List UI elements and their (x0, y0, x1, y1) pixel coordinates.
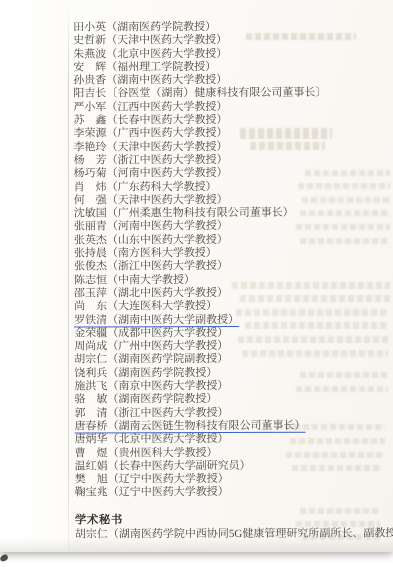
member-entry: 苏 鑫（长春中医药大学教授） (73, 114, 227, 127)
underlined-member-entry: 唐春桥（湖南云医链生物科技有限公司董事长） (74, 420, 305, 434)
list-item: 沈敏国（广州柔惠生物科技有限公司董事长） (74, 207, 374, 221)
member-name: 温红娟 (75, 460, 108, 472)
member-name: 杨巧菊 (74, 168, 107, 180)
member-name: 朱燕波 (73, 48, 106, 60)
member-entry: 张英杰（山东中医药大学教授） (74, 234, 228, 247)
member-entry: 李艳玲（天津中医药大学教授） (74, 141, 228, 154)
member-affiliation: （湖南中医药大学副教授） (107, 313, 239, 325)
list-item: 严小军（江西中医药大学教授） (73, 100, 373, 114)
member-entry: 朱燕波（北京中医药大学教授） (73, 48, 227, 61)
member-name: 曹 煜 (75, 447, 108, 459)
list-item: 苏 鑫（长春中医药大学教授） (73, 114, 373, 128)
member-name: 胡宗仁 (74, 354, 107, 366)
member-name: 骆 敏 (74, 394, 107, 406)
member-affiliation: （湖南云医链生物科技有限公司董事长） (107, 420, 305, 433)
member-entry: 杨 芳（浙江中医药大学教授） (74, 154, 228, 167)
member-affiliation: （南方医科大学教授） (107, 247, 217, 259)
member-affiliation: （湖南医药学院教授） (107, 367, 217, 379)
section-heading: 学术秘书 (75, 512, 375, 527)
list-item: 饶利兵（湖南医药学院教授） (74, 366, 374, 380)
member-entry: 张俊杰（浙江中医药大学教授） (74, 260, 228, 273)
member-entry: 何 强（天津中医药大学教授） (74, 194, 228, 207)
member-entry: 周尚成（广州中医药大学教授） (74, 340, 228, 353)
list-item: 尚 东（大连医科大学教授） (74, 300, 374, 314)
member-entry: 郭 清（浙江中医药大学教授） (74, 407, 228, 420)
member-entry: 张持晨（南方医科大学教授） (74, 247, 217, 259)
list-item: 李荣源（广西中医药大学教授） (73, 127, 373, 141)
member-entry: 张丽青（河南中医药大学教授） (74, 220, 228, 233)
member-entry: 严小军（江西中医药大学教授） (73, 101, 227, 114)
member-name: 田小英 (73, 21, 106, 33)
member-entry: 田小英（湖南医药学院教授） (73, 21, 216, 33)
member-entry: 施洪飞（南京中医药大学教授） (74, 380, 228, 393)
member-name: 肖 炜 (74, 181, 107, 193)
member-name: 史哲新 (73, 35, 106, 47)
member-affiliation: （湖北中医药大学教授） (107, 287, 228, 299)
member-name: 周尚成 (74, 341, 107, 353)
list-item: 罗铁清（湖南中医药大学副教授） (74, 313, 374, 327)
list-item: 曹 煜（贵州医科大学教授） (75, 446, 375, 460)
member-affiliation: 〔谷医堂（湖南）健康科技有限公司董事长〕 (106, 87, 326, 100)
member-entry: 杨巧菊（河南中医药大学教授） (74, 167, 228, 180)
list-item: 张俊杰（浙江中医药大学教授） (74, 260, 374, 274)
member-name: 樊 旭 (75, 474, 108, 486)
member-entry: 曹 煜（贵州医科大学教授） (75, 447, 218, 459)
member-entry: 温红娟（长春中医药大学副研究员） (75, 460, 251, 473)
list-item: 骆 敏（湖南医药学院教授） (74, 393, 374, 407)
member-name: 唐春桥 (74, 420, 107, 432)
committee-member-list: 田小英（湖南医药学院教授）史哲新（天津中医药大学教授）朱燕波（北京中医药大学教授… (73, 20, 375, 500)
member-affiliation: （中南大学教授） (107, 274, 195, 286)
member-affiliation: （湖南医药学院副教授） (107, 353, 228, 365)
page-content: 田小英（湖南医药学院教授）史哲新（天津中医药大学教授）朱燕波（北京中医药大学教授… (73, 20, 375, 541)
list-item: 何 强（天津中医药大学教授） (74, 193, 374, 207)
list-item: 杨巧菊（河南中医药大学教授） (74, 167, 374, 181)
member-name: 饶利兵 (74, 367, 107, 379)
underlined-member-entry: 罗铁清（湖南中医药大学副教授） (74, 313, 239, 327)
member-affiliation: （长春中医药大学教授） (106, 114, 227, 126)
member-entry: 饶利兵（湖南医药学院教授） (74, 367, 217, 379)
scan-artifact (0, 554, 9, 563)
member-name: 郭 清 (74, 407, 107, 419)
member-affiliation: （广东药科大学教授） (107, 181, 217, 193)
list-item: 樊 旭（辽宁中医药大学教授） (75, 473, 375, 487)
list-item: 张持晨（南方医科大学教授） (74, 247, 374, 261)
member-name: 阳吉长 (73, 88, 106, 100)
member-affiliation: （湖南医药学院教授） (107, 393, 217, 405)
member-name: 沈敏国 (74, 208, 107, 220)
member-entry: 胡宗仁（湖南医药学院副教授） (74, 353, 228, 366)
member-affiliation: （大连医科大学教授） (107, 300, 217, 312)
member-affiliation: （湖南中医药大学教授） (106, 74, 227, 86)
member-affiliation: （北京中医药大学教授） (108, 433, 229, 445)
member-affiliation: （山东中医药大学教授） (107, 234, 228, 246)
member-name: 孙贵香 (73, 75, 106, 87)
member-name: 金荣疆 (74, 327, 107, 339)
member-name: 何 强 (74, 194, 107, 206)
page-fold-line (68, 0, 69, 552)
member-name: 张俊杰 (74, 261, 107, 273)
member-name: 安 辉 (73, 61, 106, 73)
member-entry: 金荣疆（成都中医药大学教授） (74, 327, 228, 340)
member-entry: 肖 炜（广东药科大学教授） (74, 181, 217, 193)
list-item: 朱燕波（北京中医药大学教授） (73, 47, 373, 61)
member-entry: 史哲新（天津中医药大学教授） (73, 34, 227, 47)
member-name: 张持晨 (74, 247, 107, 259)
member-affiliation: （湖南医药学院教授） (106, 21, 216, 33)
left-page-margin (0, 0, 68, 552)
list-item: 金荣疆（成都中医药大学教授） (74, 326, 374, 340)
member-entry: 骆 敏（湖南医药学院教授） (74, 393, 217, 405)
list-item: 鞠宝兆（辽宁中医药大学教授） (75, 486, 375, 500)
member-entry: 樊 旭（辽宁中医药大学教授） (75, 473, 229, 486)
member-entry: 鞠宝兆（辽宁中医药大学教授） (75, 486, 229, 499)
member-name: 苏 鑫 (73, 114, 106, 126)
member-affiliation: （广州柔惠生物科技有限公司董事长） (107, 207, 294, 220)
list-item: 郭 清（浙江中医药大学教授） (74, 406, 374, 420)
member-name: 严小军 (73, 101, 106, 113)
member-name: 张英杰 (74, 234, 107, 246)
member-name: 李艳玲 (74, 141, 107, 153)
member-entry: 尚 东（大连医科大学教授） (74, 300, 217, 312)
list-item: 田小英（湖南医药学院教授） (73, 20, 373, 34)
member-affiliation: （天津中医药大学教授） (107, 194, 228, 206)
member-affiliation: （贵州医科大学教授） (108, 447, 218, 459)
member-name: 李荣源 (73, 128, 106, 140)
list-item: 阳吉长〔谷医堂（湖南）健康科技有限公司董事长〕 (73, 87, 373, 101)
list-item: 李艳玲（天津中医药大学教授） (74, 140, 374, 154)
member-name: 杨 芳 (74, 154, 107, 166)
member-name: 施洪飞 (74, 380, 107, 392)
scanned-page: 田小英（湖南医药学院教授）史哲新（天津中医药大学教授）朱燕波（北京中医药大学教授… (0, 0, 393, 552)
member-affiliation: （福州理工学院教授） (106, 61, 216, 73)
member-affiliation: （浙江中医药大学教授） (107, 260, 228, 272)
list-item: 周尚成（广州中医药大学教授） (74, 340, 374, 354)
member-affiliation: （长春中医药大学副研究员） (108, 460, 251, 472)
list-item: 张英杰（山东中医药大学教授） (74, 233, 374, 247)
member-name: 鞠宝兆 (75, 487, 108, 499)
member-affiliation: （河南中医药大学教授） (107, 220, 228, 232)
member-name: 唐炳华 (75, 434, 108, 446)
member-affiliation: （天津中医药大学教授） (106, 34, 227, 46)
list-item: 肖 炜（广东药科大学教授） (74, 180, 374, 194)
list-item: 施洪飞（南京中医药大学教授） (74, 379, 374, 393)
member-name: 尚 东 (74, 301, 107, 313)
member-entry: 孙贵香（湖南中医药大学教授） (73, 74, 227, 87)
member-name: 陈志恒 (74, 274, 107, 286)
member-entry: 邵玉萍（湖北中医药大学教授） (74, 287, 228, 300)
member-affiliation: （天津中医药大学教授） (107, 141, 228, 153)
list-item: 安 辉（福州理工学院教授） (73, 60, 373, 74)
member-entry: 安 辉（福州理工学院教授） (73, 61, 216, 73)
member-entry: 唐炳华（北京中医药大学教授） (75, 433, 229, 446)
member-entry: 阳吉长〔谷医堂（湖南）健康科技有限公司董事长〕 (73, 87, 326, 100)
member-affiliation: （广西中医药大学教授） (106, 127, 227, 139)
member-affiliation: （南京中医药大学教授） (107, 380, 228, 392)
member-name: 张丽青 (74, 221, 107, 233)
member-affiliation: （辽宁中医药大学教授） (108, 473, 229, 485)
member-affiliation: （江西中医药大学教授） (106, 101, 227, 113)
list-item: 孙贵香（湖南中医药大学教授） (73, 74, 373, 88)
member-affiliation: （广州中医药大学教授） (107, 340, 228, 352)
list-item: 陈志恒（中南大学教授） (74, 273, 374, 287)
member-name: 罗铁清 (74, 314, 107, 326)
list-item: 唐炳华（北京中医药大学教授） (75, 433, 375, 447)
member-affiliation: （北京中医药大学教授） (106, 48, 227, 60)
list-item: 温红娟（长春中医药大学副研究员） (75, 459, 375, 473)
member-affiliation: （辽宁中医药大学教授） (108, 486, 229, 498)
list-item: 史哲新（天津中医药大学教授） (73, 34, 373, 48)
member-affiliation: （河南中医药大学教授） (107, 167, 228, 179)
list-item: 张丽青（河南中医药大学教授） (74, 220, 374, 234)
member-affiliation: （浙江中医药大学教授） (107, 154, 228, 166)
member-entry: 沈敏国（广州柔惠生物科技有限公司董事长） (74, 207, 294, 220)
list-item: 胡宗仁（湖南医药学院副教授） (74, 353, 374, 367)
member-entry: 陈志恒（中南大学教授） (74, 274, 195, 286)
list-item: 杨 芳（浙江中医药大学教授） (74, 153, 374, 167)
list-item: 邵玉萍（湖北中医药大学教授） (74, 286, 374, 300)
member-affiliation: （成都中医药大学教授） (107, 327, 228, 339)
member-name: 邵玉萍 (74, 287, 107, 299)
page-edge-shadow (0, 538, 393, 552)
member-affiliation: （浙江中医药大学教授） (107, 407, 228, 419)
member-entry: 李荣源（广西中医药大学教授） (73, 127, 227, 140)
list-item: 唐春桥（湖南云医链生物科技有限公司董事长） (74, 419, 374, 433)
